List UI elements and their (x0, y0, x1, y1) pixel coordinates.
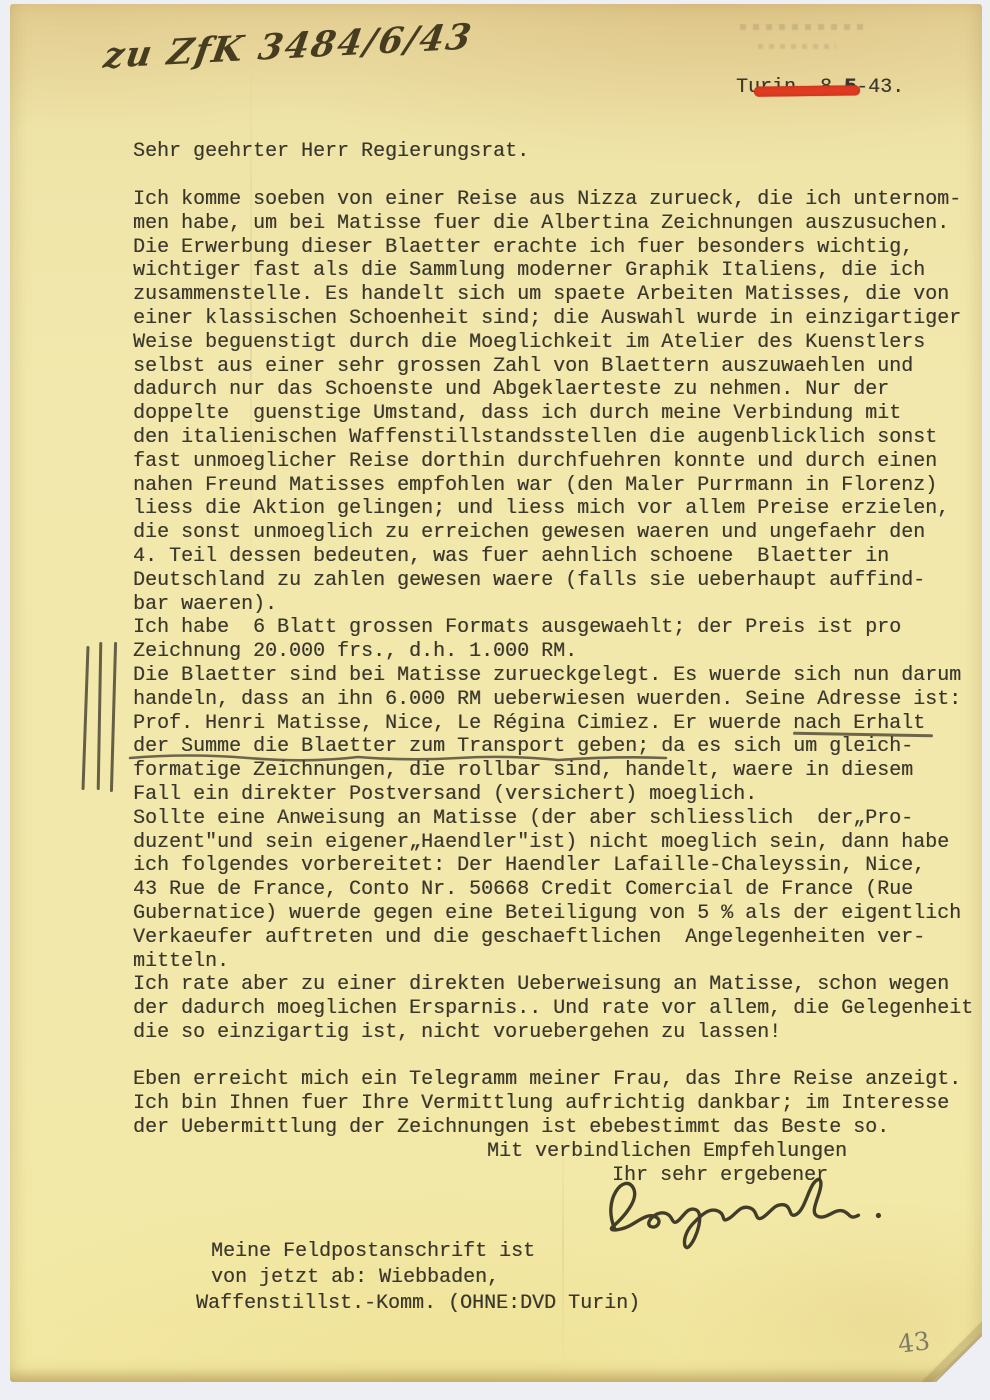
text-line: Ich bin Ihnen fuer Ihre Vermittlung aufr… (133, 1092, 982, 1116)
text-line: Ich habe 6 Blatt grossen Formats ausgewa… (133, 616, 982, 640)
corner-fold (906, 1306, 982, 1382)
text-line: Die Blaetter sind bei Matisse zurueckgel… (133, 664, 982, 688)
text-line: duzent"und sein eigener„Haendler"ist) ni… (133, 831, 982, 855)
red-pencil-underline (754, 85, 860, 96)
signature-autograph (588, 1152, 911, 1258)
text-line: Sollte eine Anweisung an Matisse (der ab… (133, 807, 982, 831)
text-line: den italienischen Waffenstillstandsstell… (133, 426, 982, 450)
text-line: selbst aus einer sehr grossen Zahl von B… (133, 355, 982, 379)
text-line: Gubernatice) wuerde gegen eine Beteiligu… (133, 902, 982, 926)
date-suffix: -43. (856, 76, 904, 99)
salutation: Sehr geehrter Herr Regierungsrat. (133, 140, 529, 164)
text-line: zusammenstelle. Es handelt sich um spaet… (133, 283, 982, 307)
scanned-letter-page: { "letter": { "handwritten_ref": "zu ZfK… (0, 0, 990, 1400)
paper-bottom-edge (10, 1368, 982, 1382)
feldpost-address-line: Meine Feldpostanschrift ist (211, 1240, 535, 1264)
handwritten-reference-number: zu ZfK 3484/6/43 (101, 16, 476, 77)
text-line: wichtiger fast als die Sammlung moderner… (133, 259, 982, 283)
text-line (133, 1045, 982, 1069)
text-line: 4. Teil dessen bedeuten, was fuer aehnli… (133, 545, 982, 569)
feldpost-address-line: von jetzt ab: Wiebbaden, (211, 1266, 499, 1290)
text-line: 43 Rue de France, Conto Nr. 50668 Credit… (133, 878, 982, 902)
text-line: fast unmoeglicher Reise dorthin durchfue… (133, 450, 982, 474)
text-line: Prof. Henri Matisse, Nice, Le Régina Cim… (133, 712, 982, 736)
text-line: einer klassischen Schoenheit sind; die A… (133, 307, 982, 331)
pencil-stroke (110, 642, 117, 792)
letter-paper: zu ZfK 3484/6/43 Turin, 8-5-43. Sehr gee… (10, 4, 982, 1382)
text-line: men habe, um bei Matisse fuer die Albert… (133, 212, 982, 236)
text-line: der Uebermittlung der Zeichnungen ist eb… (133, 1116, 982, 1140)
ink-bleed-through (740, 24, 870, 30)
text-line: die so einzigartig ist, nicht vorueberge… (133, 1021, 982, 1045)
pencil-stroke (97, 642, 103, 790)
text-line: liess die Aktion gelingen; und liess mic… (133, 497, 982, 521)
pencil-underline (128, 750, 668, 766)
text-line: bar waeren). (133, 593, 982, 617)
ink-bleed-through (758, 44, 836, 49)
feldpost-address-line: Waffenstillst.-Komm. (OHNE:DVD Turin) (196, 1292, 640, 1316)
text-line: handeln, dass an ihn 6.000 RM ueberwiese… (133, 688, 982, 712)
text-line: Fall ein direkter Postversand (versicher… (133, 783, 982, 807)
pencil-margin-marks (84, 642, 126, 794)
place-date-line: Turin, 8-5-43. (688, 52, 904, 76)
text-line: mitteln. (133, 950, 982, 974)
text-line: Verkaeufer auftreten und die geschaeftli… (133, 926, 982, 950)
text-line: Deutschland zu zahlen gewesen waere (fal… (133, 569, 982, 593)
text-line: ich folgendes vorbereitet: Der Haendler … (133, 854, 982, 878)
text-line: doppelte guenstige Umstand, dass ich dur… (133, 402, 982, 426)
text-line: Weise beguenstigt durch die Moeglichkeit… (133, 331, 982, 355)
pencil-stroke (81, 646, 89, 790)
letter-body: Ich komme soeben von einer Reise aus Niz… (133, 188, 982, 1140)
text-line: Zeichnung 20.000 frs., d.h. 1.000 RM. (133, 640, 982, 664)
text-line: Die Erwerbung dieser Blaetter erachte ic… (133, 236, 982, 260)
text-line: Eben erreicht mich ein Telegramm meiner … (133, 1068, 982, 1092)
text-line: der dadurch moeglichen Ersparnis.. Und r… (133, 997, 982, 1021)
text-line: die sonst unmoeglich zu erreichen gewese… (133, 521, 982, 545)
text-line: dadurch nur das Schoenste und Abgeklaert… (133, 378, 982, 402)
text-line: Ich komme soeben von einer Reise aus Niz… (133, 188, 982, 212)
text-line: nahen Freund Matisses empfohlen war (den… (133, 474, 982, 498)
text-line: Ich rate aber zu einer direkten Ueberwei… (133, 973, 982, 997)
